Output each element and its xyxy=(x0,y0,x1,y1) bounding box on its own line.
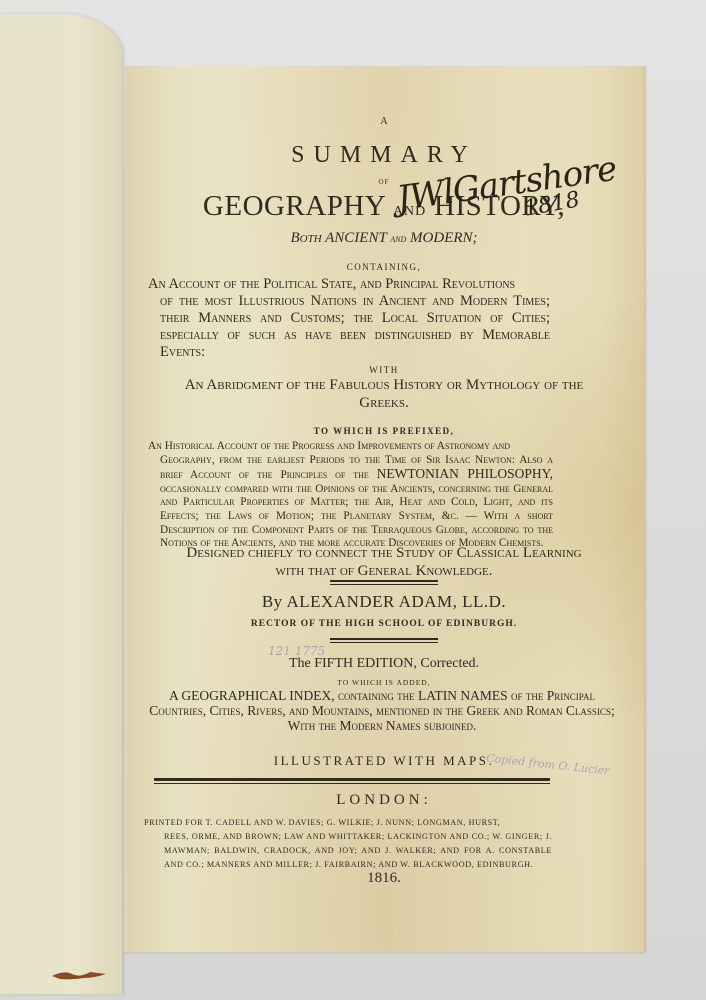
left-page-leaf xyxy=(0,14,122,994)
imprint-year: 1816. xyxy=(124,870,644,887)
pencil-annotation-number: 121 1775 xyxy=(268,644,325,658)
abridgment-paragraph: An Abridgment of the Fabulous History or… xyxy=(184,376,584,412)
historical-paragraph: An Historical Account of the Progress an… xyxy=(160,440,553,551)
author-line: By ALEXANDER ADAM, LL.D. xyxy=(124,592,644,612)
containing-label: CONTAINING, xyxy=(124,262,644,272)
divider-thick-rule xyxy=(154,778,550,784)
title-page: A SUMMARY OF GEOGRAPHY AND HISTORY, Both… xyxy=(124,66,645,952)
main-title-geography: GEOGRAPHY xyxy=(203,190,385,222)
photo-scene: A SUMMARY OF GEOGRAPHY AND HISTORY, Both… xyxy=(0,0,706,1000)
index-paragraph: A GEOGRAPHICAL INDEX, containing the LAT… xyxy=(148,688,616,733)
account-paragraph: An Account of the Political State, and P… xyxy=(160,276,550,361)
divider-rule xyxy=(330,638,438,643)
imprint-printers: Printed for T. Cadell and W. Davies; G. … xyxy=(164,816,552,872)
with-label: WITH xyxy=(124,365,644,375)
author-title: RECTOR OF THE HIGH SCHOOL OF EDINBURGH. xyxy=(124,619,644,629)
added-label: TO WHICH IS ADDED, xyxy=(124,678,644,687)
title-article: A xyxy=(124,116,644,127)
divider-rule xyxy=(330,580,438,585)
edition-line: The FIFTH EDITION, Corrected. xyxy=(124,656,644,672)
designed-paragraph: Designed chiefly to connect the Study of… xyxy=(174,544,594,580)
prefixed-label: TO WHICH IS PREFIXED, xyxy=(124,426,644,436)
bookmark-ribbon-icon xyxy=(50,968,108,980)
subtitle: Both ANCIENT and MODERN; xyxy=(124,230,644,247)
imprint-place: LONDON: xyxy=(124,792,644,809)
